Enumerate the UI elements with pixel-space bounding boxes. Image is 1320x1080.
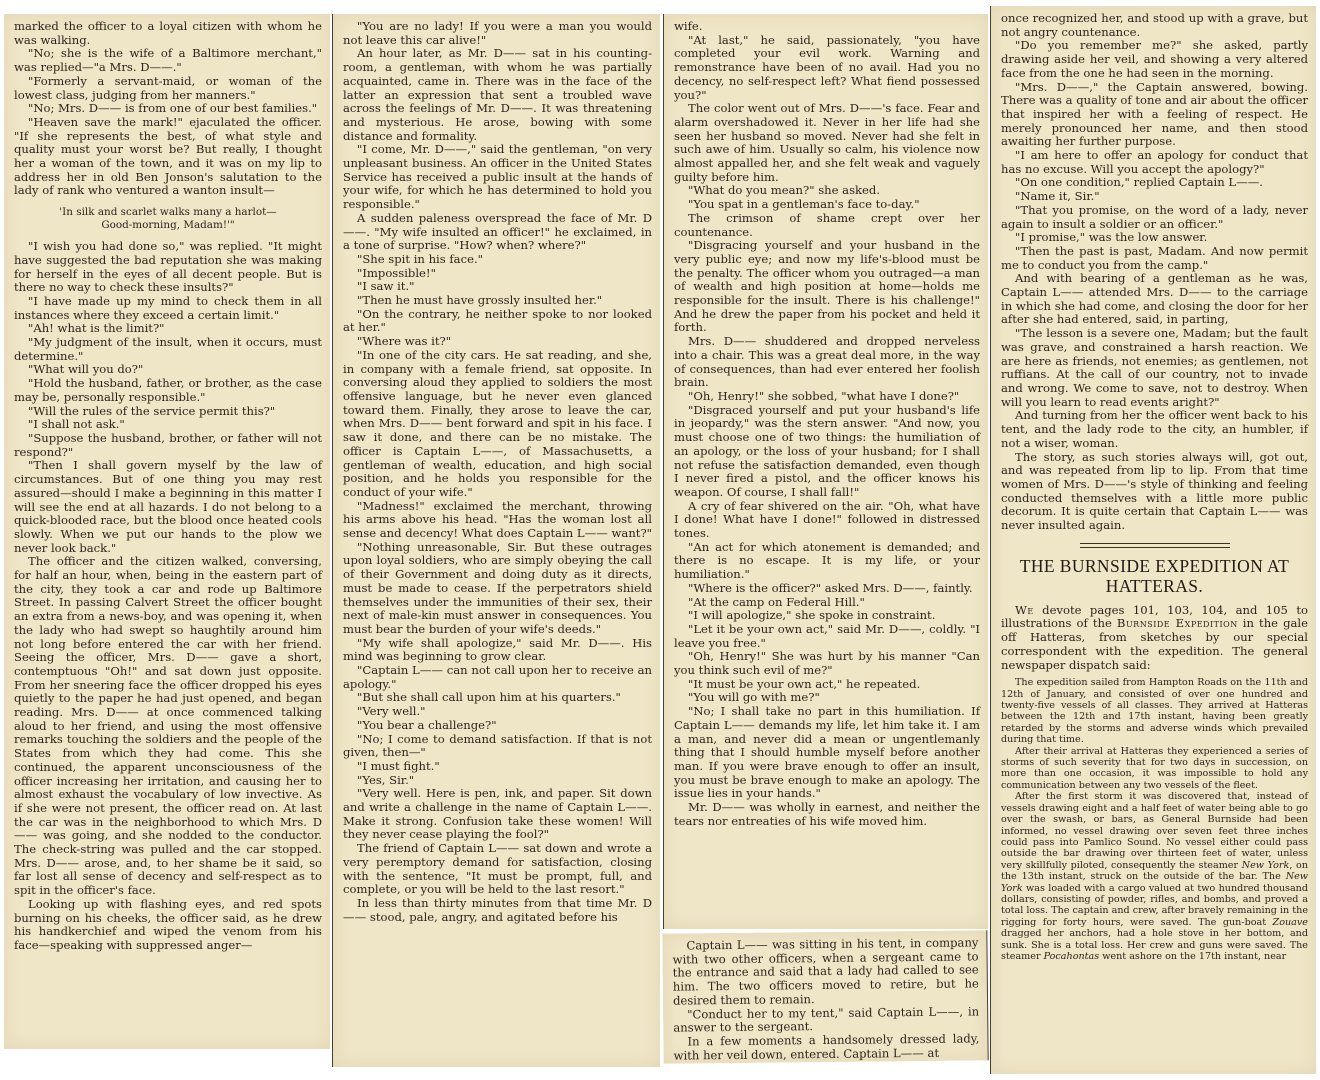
paragraph: And turning from her the officer went ba… [1001, 409, 1308, 450]
small-caps-title: Burnside Expedition [1117, 616, 1238, 630]
paragraph: "Very well." [343, 705, 652, 719]
ship-name: Pocahontas [1044, 951, 1100, 962]
text-run: was loaded with a cargo valued at two hu… [1001, 883, 1308, 928]
paragraph: "Then the past is past, Madam. And now p… [1001, 245, 1308, 272]
paragraph: "Then I shall govern myself by the law o… [14, 459, 322, 555]
paragraph: In less than thirty minutes from that ti… [343, 897, 652, 924]
paragraph: "Name it, Sir." [1001, 190, 1308, 204]
paragraph: "Disgracing yourself and your husband in… [674, 239, 980, 335]
paragraph: "It must be your own act," he repeated. [674, 678, 980, 692]
paragraph: "Oh, Henry!" she sobbed, "what have I do… [674, 390, 980, 404]
paragraph: Mrs. D—— shuddered and dropped nerveless… [674, 335, 980, 390]
paragraph: The crimson of shame crept over her coun… [674, 212, 980, 239]
paragraph: A cry of fear shivered on the air. "Oh, … [674, 500, 980, 541]
paragraph: "No; she is the wife of a Baltimore merc… [14, 47, 322, 74]
paragraph: "You will go with me?" [674, 691, 980, 705]
verse-line: 'In silk and scarlet walks many a harlot… [14, 206, 322, 219]
article-intro: We devote pages 101, 103, 104, and 105 t… [1001, 604, 1308, 673]
column-3-lower-clipping: Captain L—— was sitting in his tent, in … [662, 930, 988, 1063]
paragraph: An hour later, as Mr. D—— sat in his cou… [343, 47, 652, 143]
paragraph: "Nothing unreasonable, Sir. But these ou… [343, 541, 652, 637]
paragraph: Captain L—— was sitting in his tent, in … [672, 936, 979, 1008]
column-1: marked the officer to a loyal citizen wi… [4, 14, 330, 1049]
paragraph: "No; I come to demand satisfaction. If t… [343, 733, 652, 760]
paragraph: "Heaven save the mark!" ejaculated the o… [14, 116, 322, 198]
paragraph: "That you promise, on the word of a lady… [1001, 204, 1308, 231]
dispatch-quote: The expedition sailed from Hampton Roads… [1001, 677, 1308, 962]
paragraph: "Where was it?" [343, 335, 652, 349]
paragraph: "My wife shall apologize," said Mr. D——.… [343, 637, 652, 664]
paragraph: "I must fight." [343, 760, 652, 774]
paragraph: "Oh, Henry!" She was hurt by his manner … [674, 650, 980, 677]
paragraph: A sudden paleness overspread the face of… [343, 212, 652, 253]
paragraph: "I have made up my mind to check them in… [14, 295, 322, 322]
paragraph: "I come, Mr. D——," said the gentleman, "… [343, 143, 652, 212]
paragraph: marked the officer to a loyal citizen wi… [14, 20, 322, 47]
paragraph: "No; Mrs. D—— is from one of our best fa… [14, 102, 322, 116]
paragraph: "What will you do?" [14, 363, 322, 377]
paragraph: "Suppose the husband, brother, or father… [14, 432, 322, 459]
paragraph: "Formerly a servant-maid, or woman of th… [14, 75, 322, 102]
column-2: "You are no lady! If you were a man you … [332, 14, 660, 1067]
paragraph: After their arrival at Hatteras they exp… [1001, 746, 1308, 792]
paragraph: The story, as such stories always will, … [1001, 451, 1308, 533]
paragraph: "The lesson is a severe one, Madam; but … [1001, 327, 1308, 409]
paragraph: "I am here to offer an apology for condu… [1001, 149, 1308, 176]
ship-name: Zouave [1273, 917, 1308, 928]
paragraph: "Madness!" exclaimed the merchant, throw… [343, 500, 652, 541]
drop-word: We [1015, 603, 1034, 617]
paragraph: "She spit in his face." [343, 253, 652, 267]
paragraph: Mr. D—— was wholly in earnest, and neith… [674, 801, 980, 828]
paragraph: "Will the rules of the service permit th… [14, 405, 322, 419]
paragraph: "I will apologize," she spoke in constra… [674, 609, 980, 623]
paragraph: "On one condition," replied Captain L——. [1001, 176, 1308, 190]
verse-quote: 'In silk and scarlet walks many a harlot… [14, 206, 322, 232]
paragraph: The color went out of Mrs. D——'s face. F… [674, 102, 980, 184]
paragraph: "You are no lady! If you were a man you … [343, 20, 652, 47]
paragraph: "Impossible!" [343, 267, 652, 281]
paragraph: "You spat in a gentleman's face to-day." [674, 198, 980, 212]
paragraph: "An act for which atonement is demanded;… [674, 541, 980, 582]
paragraph: "Mrs. D——," the Captain answered, bowing… [1001, 81, 1308, 150]
verse-line: Good-morning, Madam!'" [14, 219, 322, 232]
paragraph: "I promise," was the low answer. [1001, 231, 1308, 245]
paragraph: "Very well. Here is pen, ink, and paper.… [343, 787, 652, 842]
paragraph: Looking up with flashing eyes, and red s… [14, 898, 322, 953]
paragraph: "You bear a challenge?" [343, 719, 652, 733]
paragraph: "Let it be your own act," said Mr. D——, … [674, 623, 980, 650]
paragraph: "At last," he said, passionately, "you h… [674, 34, 980, 103]
paragraph: The friend of Captain L—— sat down and w… [343, 842, 652, 897]
paragraph: The officer and the citizen walked, conv… [14, 555, 322, 898]
paragraph: After the first storm it was discovered … [1001, 791, 1308, 962]
paragraph: "Then he must have grossly insulted her.… [343, 294, 652, 308]
newspaper-clipping-page: marked the officer to a loyal citizen wi… [0, 0, 1320, 1080]
paragraph: "Yes, Sir." [343, 774, 652, 788]
paragraph: "On the contrary, he neither spoke to no… [343, 308, 652, 335]
paragraph: "Hold the husband, father, or brother, a… [14, 377, 322, 404]
paragraph: "In one of the city cars. He sat reading… [343, 349, 652, 500]
paragraph: "Ah! what is the limit?" [14, 322, 322, 336]
paragraph: "But she shall call upon him at his quar… [343, 691, 652, 705]
paragraph: wife. [674, 20, 980, 34]
column-3: wife. "At last," he said, passionately, … [663, 14, 988, 929]
column-4: once recognized her, and stood up with a… [990, 6, 1316, 1074]
paragraph: "I shall not ask." [14, 418, 322, 432]
paragraph: "Where is the officer?" asked Mrs. D——, … [674, 582, 980, 596]
section-divider [1080, 543, 1230, 548]
paragraph: "No; I shall take no part in this humili… [674, 705, 980, 801]
paragraph: "Do you remember me?" she asked, partly … [1001, 39, 1308, 80]
paragraph: "What do you mean?" she asked. [674, 184, 980, 198]
paragraph: "I saw it." [343, 280, 652, 294]
paragraph: "At the camp on Federal Hill." [674, 596, 980, 610]
paragraph: The expedition sailed from Hampton Roads… [1001, 677, 1308, 745]
paragraph: "My judgment of the insult, when it occu… [14, 336, 322, 363]
text-run: went ashore on the 17th instant, near [1099, 951, 1286, 962]
paragraph: "Disgraced yourself and put your husband… [674, 404, 980, 500]
paragraph: And with bearing of a gentleman as he wa… [1001, 272, 1308, 327]
article-headline: THE BURNSIDE EXPEDITION AT HATTERAS. [1001, 556, 1308, 596]
paragraph: "Captain L—— can not call upon her to re… [343, 664, 652, 691]
paragraph: once recognized her, and stood up with a… [1001, 12, 1308, 39]
paragraph: In a few moments a handsomely dressed la… [673, 1032, 979, 1063]
ship-name: New York [1242, 860, 1290, 871]
paragraph: "I wish you had done so," was replied. "… [14, 240, 322, 295]
